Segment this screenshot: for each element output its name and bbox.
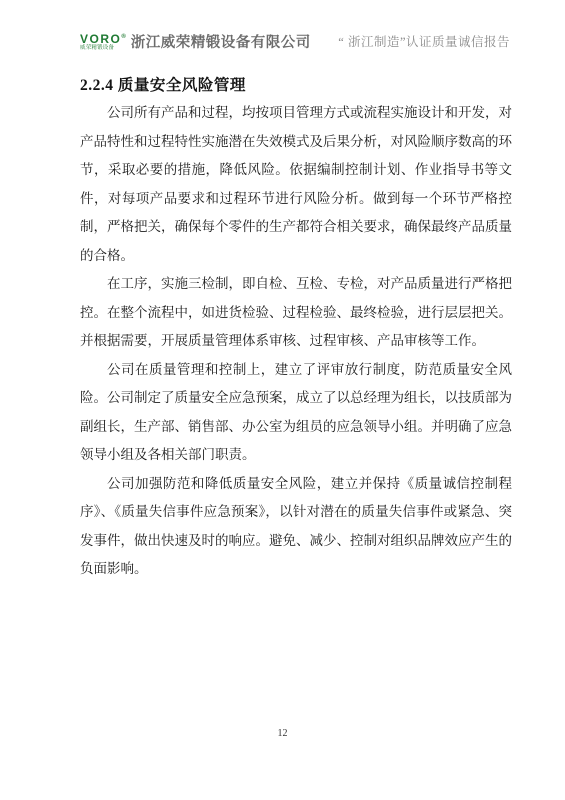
- body-text-block: 公司所有产品和过程，均按项目管理方式或流程实施设计和开发，对产品特性和过程特性实…: [80, 99, 512, 584]
- logo-tagline: 威荣精锻设备: [80, 46, 114, 52]
- registered-trademark-icon: ®: [121, 34, 125, 40]
- report-title: “ 浙江制造”认证质量诚信报告: [338, 34, 510, 51]
- paragraph-integrity-control-procedures: 公司加强防范和降低质量安全风险，建立并保持《质量诚信控制程序》、《质量失信事件应…: [80, 470, 512, 584]
- logo-brand-text: VORO®: [80, 33, 126, 45]
- page-number: 12: [0, 728, 565, 739]
- section-heading: 2.2.4 质量安全风险管理: [80, 76, 246, 96]
- paragraph-three-inspections: 在工序，实施三检制，即自检、互检、专检，对产品质量进行严格把控。在整个流程中，如…: [80, 270, 512, 356]
- company-logo: VORO® 威荣精锻设备: [80, 33, 126, 52]
- document-page: VORO® 威荣精锻设备 浙江威荣精锻设备有限公司 “ 浙江制造”认证质量诚信报…: [0, 0, 565, 800]
- page-header: VORO® 威荣精锻设备 浙江威荣精锻设备有限公司 “ 浙江制造”认证质量诚信报…: [80, 33, 510, 52]
- company-name: 浙江威荣精锻设备有限公司: [131, 35, 311, 52]
- paragraph-emergency-leadership-group: 公司在质量管理和控制上，建立了评审放行制度，防范质量安全风险。公司制定了质量安全…: [80, 356, 512, 470]
- logo-brand-word: VORO: [80, 32, 121, 46]
- paragraph-design-development-risk: 公司所有产品和过程，均按项目管理方式或流程实施设计和开发，对产品特性和过程特性实…: [80, 99, 512, 270]
